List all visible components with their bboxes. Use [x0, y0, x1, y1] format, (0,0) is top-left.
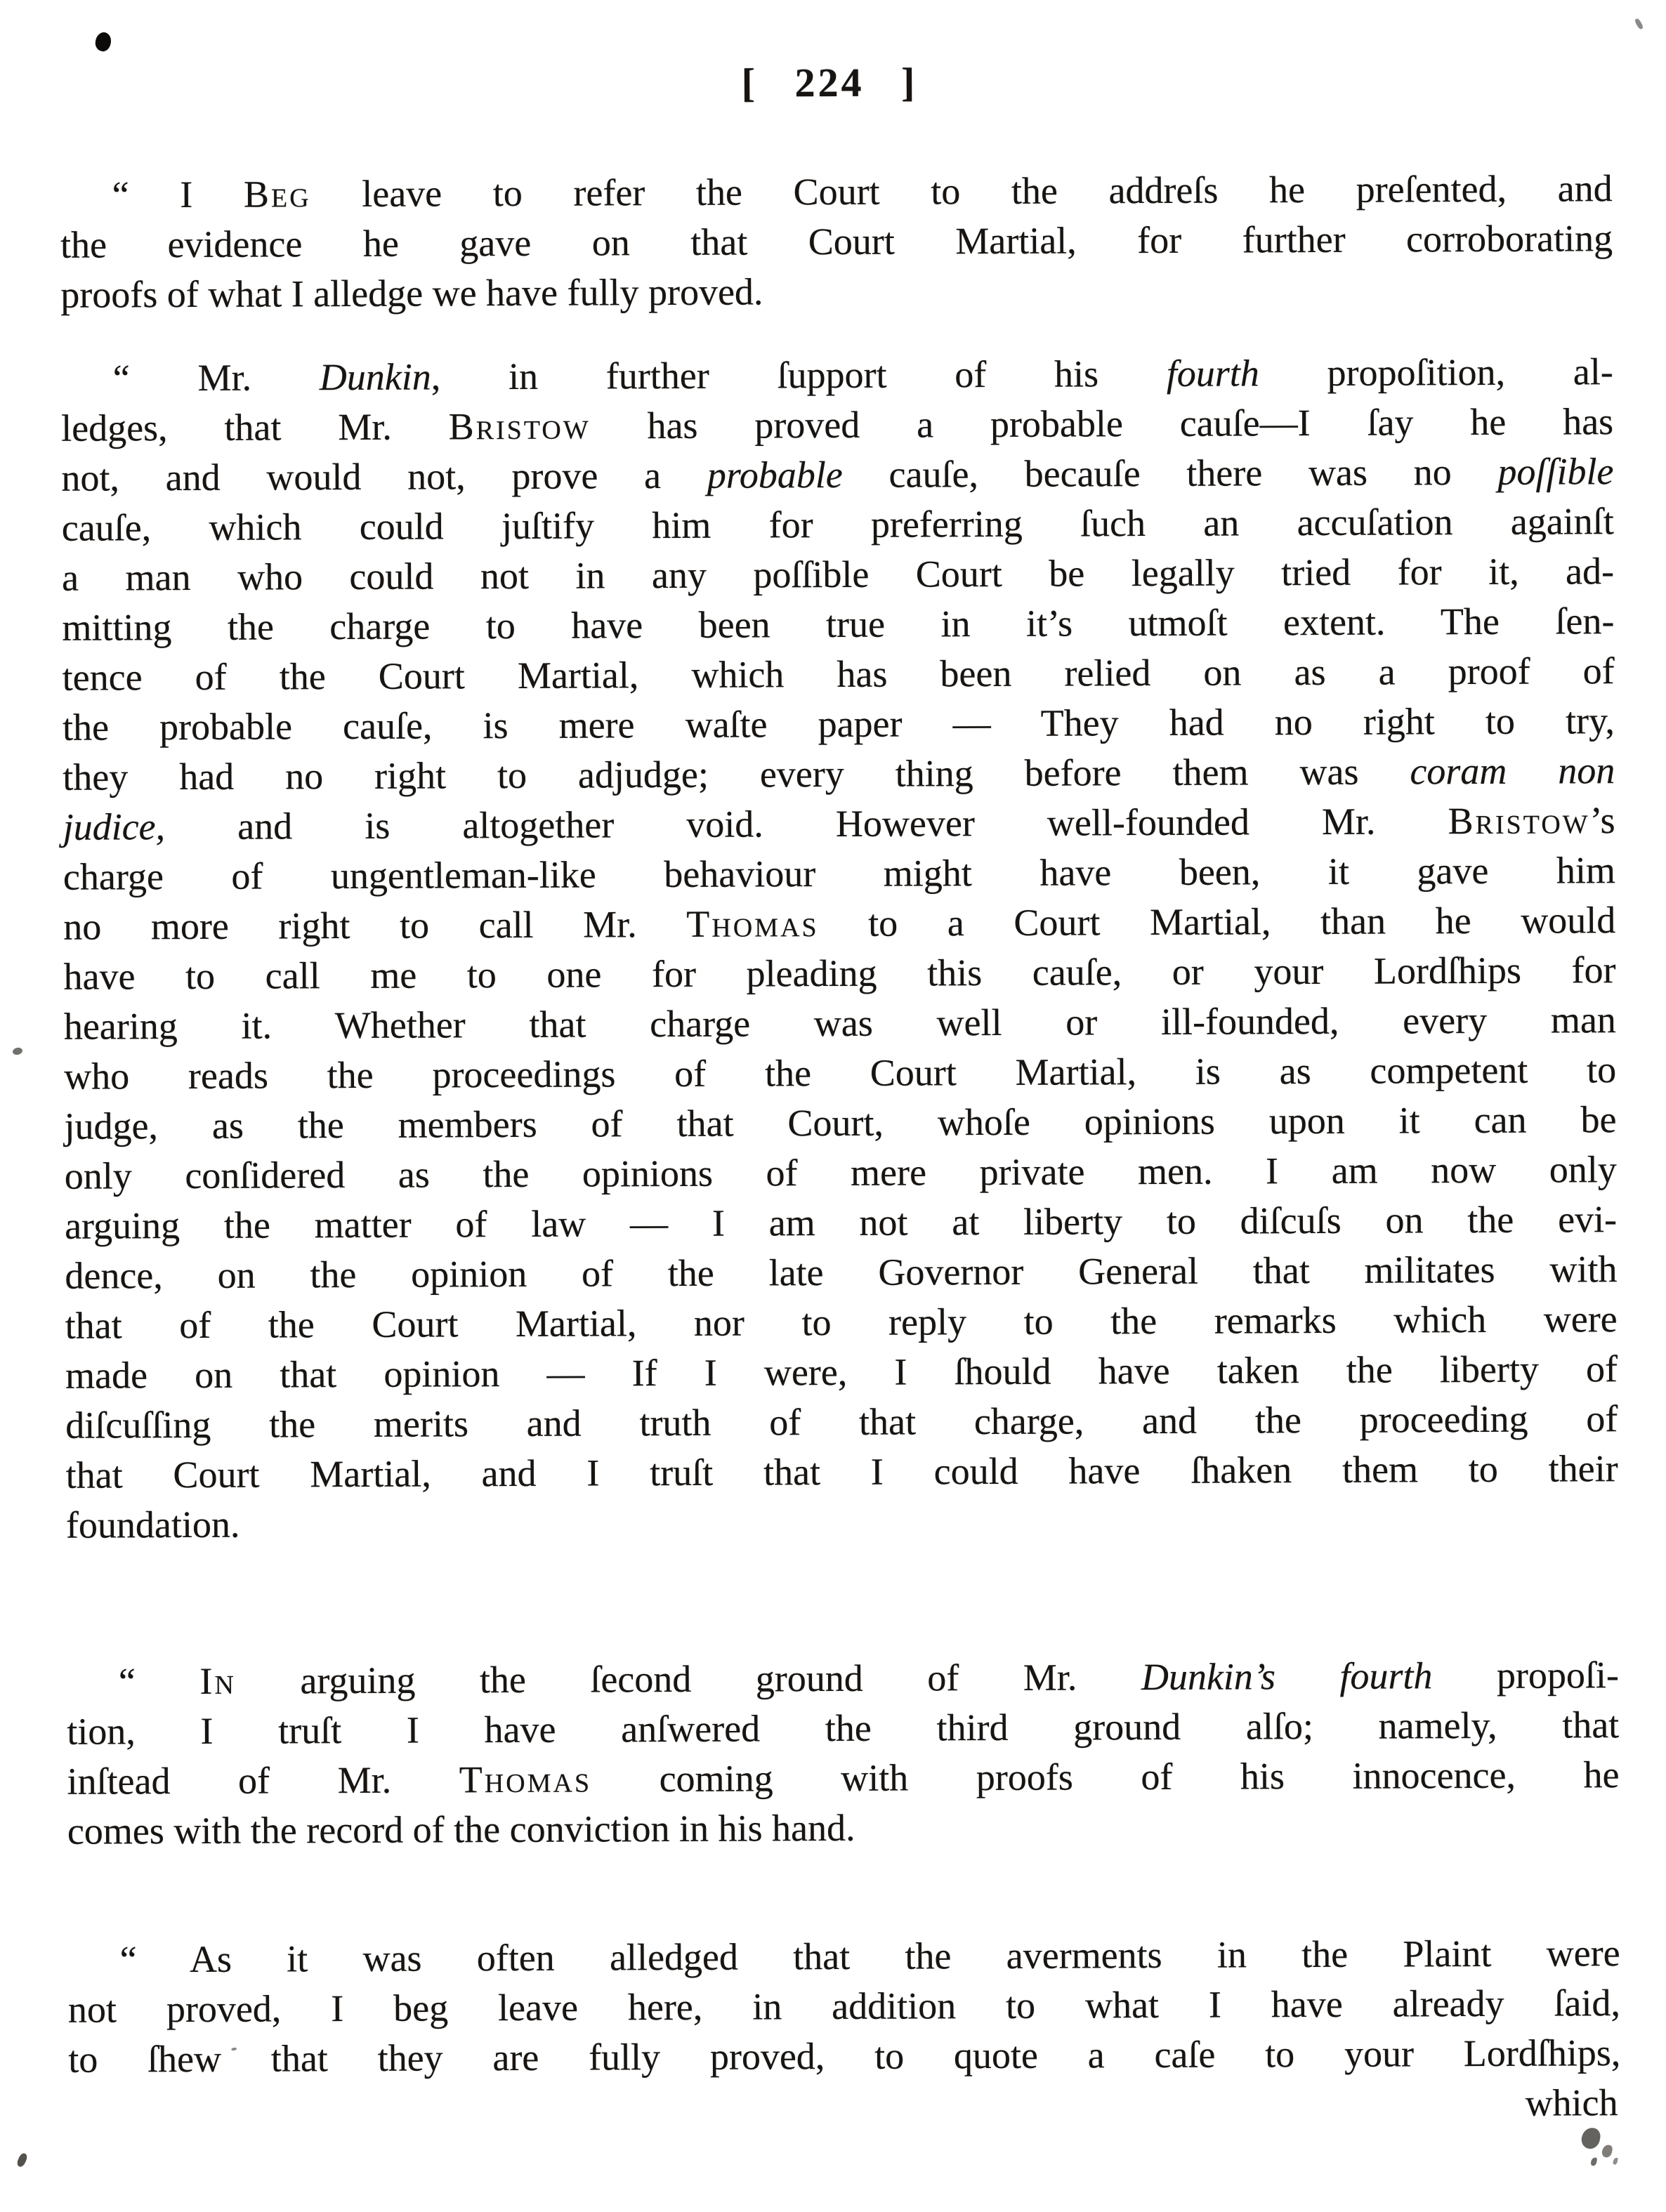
text-block: “ I Beg leave to refer the Court to the …	[60, 164, 1621, 2135]
text-line: cauſe, which could juſtify him for prefe…	[62, 496, 1614, 553]
text-line: that Court Martial, and I truſt that I c…	[66, 1444, 1618, 1501]
paragraph: “ In arguing the ſecond ground of Mr. Du…	[67, 1650, 1620, 1857]
text-line: proofs of what I alledge we have fully p…	[60, 263, 1613, 320]
paragraph: “ As it was often alledged that the aver…	[68, 1928, 1621, 2085]
text-line: who reads the proceedings of the Court M…	[64, 1045, 1616, 1102]
paragraph: “ I Beg leave to refer the Court to the …	[60, 164, 1613, 320]
text-line: “ As it was often alledged that the aver…	[68, 1928, 1620, 1985]
text-line: diſcuſſing the merits and truth of that …	[65, 1394, 1618, 1451]
catchword: which	[68, 2078, 1620, 2135]
text-line: ledges, that Mr. Bristow has proved a pr…	[61, 397, 1613, 454]
page-content: [ 224 ] “ I Beg leave to refer the Court…	[0, 0, 1666, 2212]
text-line: dence, on the opinion of the late Govern…	[65, 1244, 1617, 1301]
text-line: judge, as the members of that Court, who…	[64, 1095, 1616, 1152]
text-line: “ Mr. Dunkin, in further ſupport of his …	[61, 347, 1613, 404]
text-line: mitting the charge to have been true in …	[62, 596, 1614, 653]
text-line: inſtead of Mr. Thomas coming with proofs…	[67, 1750, 1619, 1807]
book-page-scan: [ 224 ] “ I Beg leave to refer the Court…	[0, 0, 1666, 2212]
text-line: tion, I truſt I have anſwered the third …	[67, 1700, 1619, 1757]
text-line: hearing it. Whether that charge was well…	[64, 995, 1616, 1052]
text-line: only conſidered as the opinions of mere …	[65, 1145, 1617, 1202]
text-line: comes with the record of the conviction …	[67, 1800, 1620, 1857]
text-line: the evidence he gave on that Court Marti…	[60, 213, 1613, 270]
text-line: “ In arguing the ſecond ground of Mr. Du…	[67, 1650, 1619, 1707]
text-line: charge of ungentleman-like behaviour mig…	[63, 845, 1615, 902]
text-line: judice, and is altogether void. However …	[63, 796, 1615, 852]
paragraph: “ Mr. Dunkin, in further ſupport of his …	[61, 347, 1618, 1551]
text-line: to ſhew that they are fully proved, to q…	[68, 2028, 1620, 2085]
text-line: foundation.	[66, 1494, 1618, 1551]
text-line: not proved, I beg leave here, in additio…	[68, 1978, 1620, 2035]
text-line: they had no right to adjudge; every thin…	[63, 746, 1615, 803]
text-line: arguing the matter of law — I am not at …	[65, 1194, 1617, 1251]
text-line: the probable cauſe, is mere waſte paper …	[63, 696, 1615, 753]
text-line: no more right to call Mr. Thomas to a Co…	[63, 895, 1615, 952]
text-line: not, and would not, prove a probable cau…	[61, 447, 1613, 503]
text-line: have to call me to one for pleading this…	[63, 945, 1615, 1002]
text-line: “ I Beg leave to refer the Court to the …	[60, 164, 1613, 220]
text-line: that of the Court Martial, nor to reply …	[65, 1294, 1618, 1351]
text-line: tence of the Court Martial, which has be…	[63, 646, 1615, 703]
page-number: [ 224 ]	[0, 55, 1662, 110]
text-line: a man who could not in any poſſible Cour…	[62, 546, 1614, 603]
text-line: made on that opinion — If I were, I ſhou…	[65, 1344, 1618, 1401]
